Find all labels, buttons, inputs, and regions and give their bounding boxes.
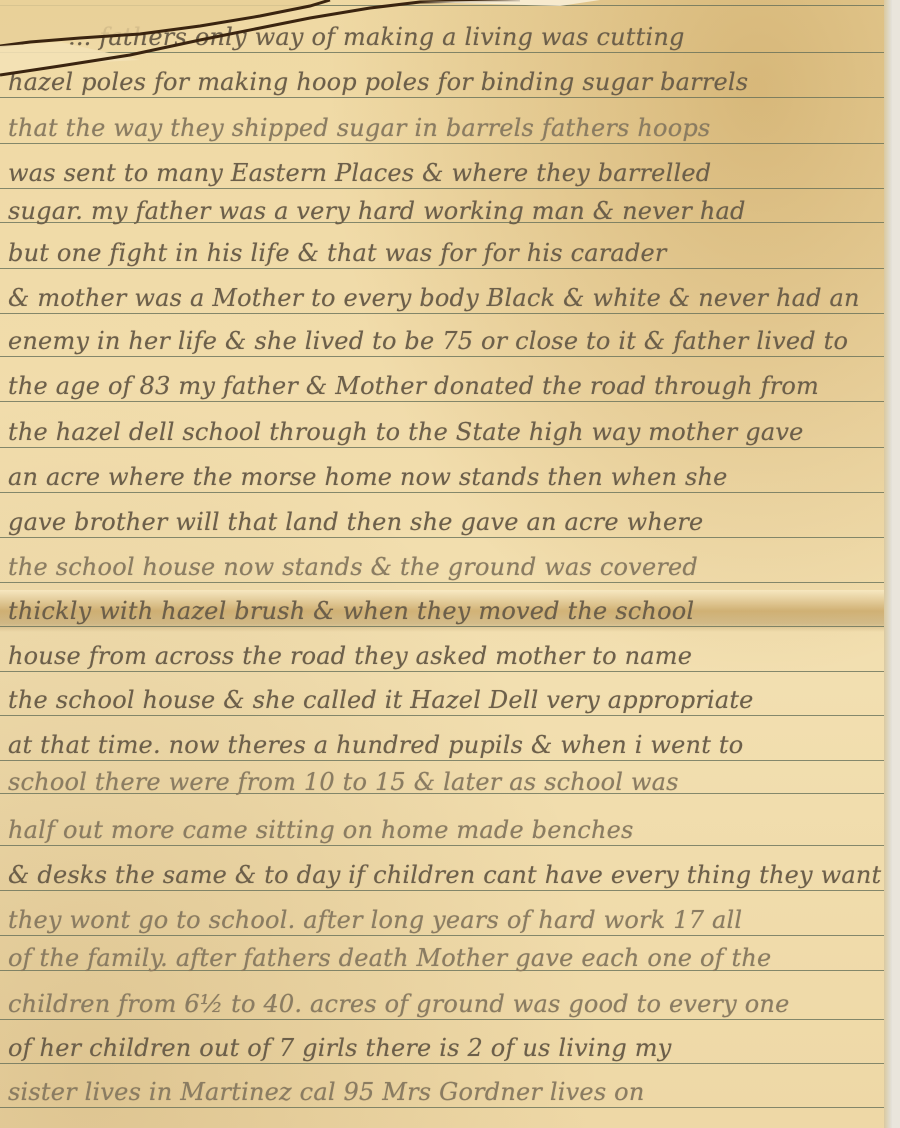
ruled-line <box>0 760 892 761</box>
letter-page: ... fathers only way of making a living … <box>0 0 892 1128</box>
ruled-line <box>0 935 892 936</box>
ruled-line <box>0 447 892 448</box>
text-line: sister lives in Martinez cal 95 Mrs Gord… <box>8 1077 883 1107</box>
ruled-line <box>0 52 892 53</box>
ruled-line <box>0 188 892 189</box>
text-line: at that time. now theres a hundred pupil… <box>8 730 883 760</box>
text-line: & mother was a Mother to every body Blac… <box>8 283 883 313</box>
text-line: but one fight in his life & that was for… <box>8 238 883 268</box>
text-line: the hazel dell school through to the Sta… <box>8 417 883 447</box>
ruled-line <box>0 143 892 144</box>
ruled-line <box>0 1063 892 1064</box>
text-line: enemy in her life & she lived to be 75 o… <box>8 326 883 356</box>
ruled-line <box>0 582 892 583</box>
ruled-line <box>0 626 892 627</box>
text-line: house from across the road they asked mo… <box>8 641 883 671</box>
ruled-line <box>0 671 892 672</box>
text-line: was sent to many Eastern Places & where … <box>8 158 883 188</box>
text-line: thickly with hazel brush & when they mov… <box>8 596 883 626</box>
text-line: an acre where the morse home now stands … <box>8 462 883 492</box>
ruled-line <box>0 5 892 6</box>
text-line: the age of 83 my father & Mother donated… <box>8 371 883 401</box>
ruled-line <box>0 715 892 716</box>
text-line: of the family. after fathers death Mothe… <box>8 943 883 973</box>
text-line: hazel poles for making hoop poles for bi… <box>8 67 883 97</box>
text-line: that the way they shipped sugar in barre… <box>8 113 883 143</box>
ruled-line <box>0 1107 892 1108</box>
text-line: & desks the same & to day if children ca… <box>8 860 883 890</box>
text-line: the school house & she called it Hazel D… <box>8 685 883 715</box>
ruled-line <box>0 492 892 493</box>
ruled-line <box>0 268 892 269</box>
ruled-line <box>0 890 892 891</box>
page-right-edge <box>884 0 892 1128</box>
ruled-line <box>0 845 892 846</box>
text-line: ... fathers only way of making a living … <box>8 22 883 52</box>
text-line: the school house now stands & the ground… <box>8 552 883 582</box>
text-line: sugar. my father was a very hard working… <box>8 196 883 226</box>
ruled-line <box>0 313 892 314</box>
text-line: of her children out of 7 girls there is … <box>8 1033 883 1063</box>
text-line: half out more came sitting on home made … <box>8 815 883 845</box>
text-line: children from 6½ to 40. acres of ground … <box>8 989 883 1019</box>
text-line: they wont go to school. after long years… <box>8 905 883 935</box>
ruled-line <box>0 537 892 538</box>
ruled-line <box>0 356 892 357</box>
ruled-line <box>0 1019 892 1020</box>
text-line: school there were from 10 to 15 & later … <box>8 767 883 797</box>
ruled-line <box>0 401 892 402</box>
text-line: gave brother will that land then she gav… <box>8 507 883 537</box>
ruled-line <box>0 97 892 98</box>
